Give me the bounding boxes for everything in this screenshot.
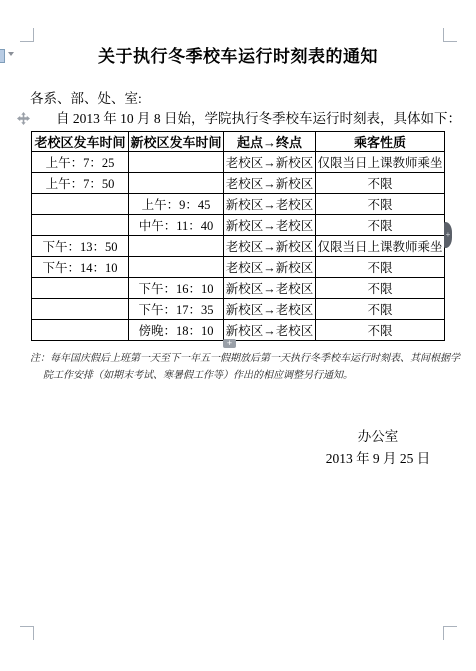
cell-route: 新校区→老校区 <box>224 278 316 299</box>
cell-old-time: 上午：7：50 <box>32 173 129 194</box>
move-arrows-icon <box>17 112 30 125</box>
cell-passenger: 仅限当日上课教师乘坐 <box>316 236 445 257</box>
table-row: 下午：14：10 老校区→新校区 不限 <box>32 257 445 278</box>
cell-route: 老校区→新校区 <box>224 257 316 278</box>
cell-old-time: 下午：13：50 <box>32 236 129 257</box>
footnote-line-1: 注：每年国庆假后上班第一天至下一年五一假期放后第一天执行冬季校车运行时刻表、其间… <box>30 349 460 364</box>
margin-corner-mark-bottom-right <box>443 626 457 640</box>
table-move-handle-icon[interactable] <box>17 112 30 125</box>
col-header-new-campus-depart: 新校区发车时间 <box>129 132 224 152</box>
cell-new-time <box>129 152 224 173</box>
table-row: 下午：13：50 老校区→新校区 仅限当日上课教师乘坐 <box>32 236 445 257</box>
cell-new-time <box>129 236 224 257</box>
cell-old-time <box>32 278 129 299</box>
table-row: 下午：16：10 新校区→老校区 不限 <box>32 278 445 299</box>
bus-schedule-table: 老校区发车时间 新校区发车时间 起点→终点 乘客性质 上午：7：25 老校区→新… <box>31 131 445 341</box>
margin-corner-mark-top-left <box>20 28 34 42</box>
cell-old-time <box>32 215 129 236</box>
table-row: 下午：17：35 新校区→老校区 不限 <box>32 299 445 320</box>
signature-office: 办公室 <box>300 425 456 445</box>
table-row: 中午：11：40 新校区→老校区 不限 <box>32 215 445 236</box>
cell-passenger: 不限 <box>316 320 445 341</box>
cell-route: 老校区→新校区 <box>224 173 316 194</box>
cell-new-time: 上午：9：45 <box>129 194 224 215</box>
salutation-text: 各系、部、处、室: <box>30 87 142 107</box>
cell-passenger: 不限 <box>316 215 445 236</box>
table-row: 傍晚：18：10 新校区→老校区 不限 <box>32 320 445 341</box>
cell-route: 老校区→新校区 <box>224 236 316 257</box>
cell-old-time <box>32 194 129 215</box>
footnote-line-2: 院工作安排（如期末考试、寒暑假工作等）作出的相应调整另行通知。 <box>43 366 353 381</box>
intro-text: 自 2013 年 10 月 8 日始，学院执行冬季校车运行时刻表，具体如下： <box>56 107 461 127</box>
table-row: 上午：9：45 新校区→老校区 不限 <box>32 194 445 215</box>
cell-new-time <box>129 257 224 278</box>
cell-old-time: 下午：14：10 <box>32 257 129 278</box>
cell-new-time: 中午：11：40 <box>129 215 224 236</box>
page-title: 关于执行冬季校车运行时刻表的通知 <box>0 42 476 67</box>
cell-route: 新校区→老校区 <box>224 320 316 341</box>
cell-passenger: 不限 <box>316 278 445 299</box>
cell-passenger: 不限 <box>316 257 445 278</box>
cell-passenger: 不限 <box>316 299 445 320</box>
col-header-route: 起点→终点 <box>224 132 316 152</box>
cell-passenger: 仅限当日上课教师乘坐 <box>316 152 445 173</box>
cell-new-time: 下午：16：10 <box>129 278 224 299</box>
cell-new-time: 下午：17：35 <box>129 299 224 320</box>
cell-passenger: 不限 <box>316 194 445 215</box>
cell-route: 新校区→老校区 <box>224 299 316 320</box>
document-page: 关于执行冬季校车运行时刻表的通知 各系、部、处、室: 自 2013 年 10 月… <box>0 0 476 671</box>
cell-old-time <box>32 320 129 341</box>
margin-corner-mark-bottom-left <box>20 626 34 640</box>
cell-passenger: 不限 <box>316 173 445 194</box>
col-header-old-campus-depart: 老校区发车时间 <box>32 132 129 152</box>
cell-route: 新校区→老校区 <box>224 215 316 236</box>
margin-corner-mark-top-right <box>443 28 457 42</box>
table-row: 上午：7：25 老校区→新校区 仅限当日上课教师乘坐 <box>32 152 445 173</box>
table-row: 上午：7：50 老校区→新校区 不限 <box>32 173 445 194</box>
signature-date: 2013 年 9 月 25 日 <box>300 447 456 467</box>
col-header-passenger-type: 乘客性质 <box>316 132 445 152</box>
cell-new-time: 傍晚：18：10 <box>129 320 224 341</box>
cell-new-time <box>129 173 224 194</box>
cell-old-time: 上午：7：25 <box>32 152 129 173</box>
cell-old-time <box>32 299 129 320</box>
table-side-scroll-handle-icon[interactable]: + <box>444 222 452 248</box>
table-resize-handle-icon[interactable]: + <box>223 339 236 348</box>
cell-route: 新校区→老校区 <box>224 194 316 215</box>
cell-route: 老校区→新校区 <box>224 152 316 173</box>
table-header-row: 老校区发车时间 新校区发车时间 起点→终点 乘客性质 <box>32 132 445 152</box>
